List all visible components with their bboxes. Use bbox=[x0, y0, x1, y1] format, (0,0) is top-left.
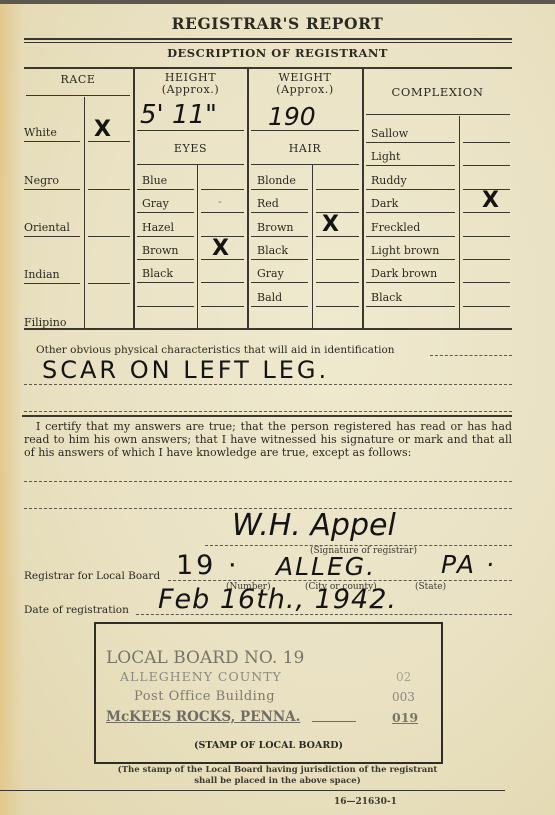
certification-text: I certify that my answers are true; that… bbox=[24, 420, 512, 459]
state-caption: (State) bbox=[415, 582, 446, 592]
local-board-number: 19 · bbox=[176, 550, 240, 581]
section-title: DESCRIPTION OF REGISTRANT bbox=[0, 46, 555, 60]
eyes-option-hazel: Hazel bbox=[142, 221, 174, 234]
exception-line-1 bbox=[24, 481, 512, 482]
complexion-mark-divider bbox=[459, 116, 460, 328]
race-check-mark: X bbox=[94, 120, 111, 140]
local-board-county: ALLEG. bbox=[276, 552, 376, 581]
race-header: RACE bbox=[24, 74, 132, 86]
weight-value: 190 bbox=[268, 102, 316, 131]
stamp-line-1: LOCAL BOARD NO. 19 bbox=[106, 648, 304, 668]
paper-edge-shading bbox=[0, 0, 22, 815]
complexion-mark-cell[interactable] bbox=[463, 259, 510, 260]
hair-header: HAIR bbox=[248, 143, 362, 155]
stamp-line-4: McKEES ROCKS, PENNA. bbox=[106, 709, 300, 725]
col-divider-weight bbox=[362, 68, 364, 328]
height-value-rule bbox=[137, 130, 244, 131]
eyes-label-rule bbox=[137, 236, 194, 237]
eyes-blank-mark-cell bbox=[201, 306, 244, 307]
race-label-rule bbox=[24, 236, 80, 237]
complexion-label-rule bbox=[366, 165, 455, 166]
stamp-caption: (STAMP OF LOCAL BOARD) bbox=[96, 740, 441, 751]
characteristics-line-1 bbox=[24, 384, 512, 385]
eyes-blank-rule bbox=[137, 306, 194, 307]
registrar-signature: W.H. Appel bbox=[232, 508, 396, 543]
complexion-option-ruddy: Ruddy bbox=[371, 174, 407, 187]
report-title: REGISTRAR'S REPORT bbox=[0, 14, 555, 33]
form-number: 16—21630-1 bbox=[334, 797, 397, 807]
hair-mark-cell[interactable] bbox=[316, 306, 359, 307]
race-mark-cell[interactable] bbox=[88, 283, 130, 284]
complexion-option-dark-brown: Dark brown bbox=[371, 267, 437, 280]
eyes-mark-cell[interactable] bbox=[201, 212, 244, 213]
stamp-note-2: shall be placed in the above space) bbox=[0, 776, 555, 786]
race-option-oriental: Oriental bbox=[24, 221, 70, 234]
complexion-option-light: Light bbox=[371, 150, 400, 163]
complexion-option-freckled: Freckled bbox=[371, 221, 420, 234]
eyes-option-brown: Brown bbox=[142, 244, 178, 257]
complexion-header: COMPLEXION bbox=[363, 86, 512, 98]
hair-label-rule bbox=[251, 189, 308, 190]
stamp-blank-rule bbox=[312, 721, 356, 722]
col-divider-height bbox=[247, 68, 249, 328]
complexion-mark-cell[interactable] bbox=[463, 236, 510, 237]
eyes-option-blue: Blue bbox=[142, 174, 167, 187]
stamp-line-2: ALLEGHENY COUNTY bbox=[120, 669, 282, 684]
hair-option-gray: Gray bbox=[257, 267, 284, 280]
complexion-mark-cell[interactable] bbox=[463, 142, 510, 143]
complexion-option-dark: Dark bbox=[371, 197, 398, 210]
complexion-mark-cell[interactable] bbox=[463, 282, 510, 283]
characteristics-leader bbox=[430, 355, 512, 356]
title-rule-thin bbox=[24, 42, 512, 43]
hair-label-rule bbox=[251, 212, 308, 213]
complexion-header-rule bbox=[366, 114, 510, 115]
hair-mark-cell[interactable] bbox=[316, 189, 359, 190]
hair-check-mark: X bbox=[322, 215, 339, 235]
complexion-label-rule bbox=[366, 259, 455, 260]
hair-header-rule bbox=[251, 164, 359, 165]
complexion-label-rule bbox=[366, 306, 455, 307]
complexion-label-rule bbox=[366, 189, 455, 190]
table-bottom-rule bbox=[24, 328, 512, 330]
eyes-header: EYES bbox=[134, 143, 247, 155]
race-option-negro: Negro bbox=[24, 174, 59, 187]
eyes-mark-cell[interactable] bbox=[201, 189, 244, 190]
eyes-gray-mark: - bbox=[218, 195, 222, 208]
eyes-label-rule bbox=[137, 212, 194, 213]
local-board-stamp-box: LOCAL BOARD NO. 19 ALLEGHENY COUNTY Post… bbox=[94, 622, 443, 764]
footer-rule bbox=[0, 790, 505, 791]
complexion-option-sallow: Sallow bbox=[371, 127, 408, 140]
top-border bbox=[0, 0, 555, 4]
complexion-label-rule bbox=[366, 236, 455, 237]
hair-label-rule bbox=[251, 236, 308, 237]
height-value: 5' 11" bbox=[140, 100, 217, 130]
complexion-label-rule bbox=[366, 212, 455, 213]
col-divider-race bbox=[133, 68, 135, 328]
complexion-label-rule bbox=[366, 282, 455, 283]
hair-mark-cell[interactable] bbox=[316, 259, 359, 260]
stamp-code-3: 019 bbox=[392, 710, 418, 725]
hair-option-bald: Bald bbox=[257, 291, 282, 304]
complexion-check-mark: X bbox=[482, 191, 499, 211]
stamp-line-3: Post Office Building bbox=[134, 689, 275, 704]
stamp-code-1: 02 bbox=[396, 670, 411, 684]
title-rule bbox=[24, 38, 512, 40]
hair-label-rule bbox=[251, 259, 308, 260]
hair-label-rule bbox=[251, 306, 308, 307]
eyes-label-rule bbox=[137, 189, 194, 190]
race-option-white: White bbox=[24, 126, 57, 139]
race-mark-cell[interactable] bbox=[88, 189, 130, 190]
characteristics-line-2 bbox=[24, 411, 512, 412]
complexion-mark-cell[interactable] bbox=[463, 165, 510, 166]
registration-date-value: Feb 16th., 1942. bbox=[158, 584, 397, 615]
hair-option-black: Black bbox=[257, 244, 288, 257]
hair-option-brown: Brown bbox=[257, 221, 293, 234]
race-label-rule bbox=[24, 283, 80, 284]
local-board-label: Registrar for Local Board bbox=[24, 570, 160, 582]
eyes-option-gray: Gray bbox=[142, 197, 169, 210]
eyes-check-mark: X bbox=[212, 239, 229, 259]
stamp-code-2: 003 bbox=[392, 690, 415, 704]
eyes-mark-cell[interactable] bbox=[201, 282, 244, 283]
table-top-rule bbox=[24, 67, 512, 69]
section-rule bbox=[22, 415, 512, 417]
hair-option-blonde: Blonde bbox=[257, 174, 296, 187]
eyes-header-rule bbox=[137, 164, 244, 165]
race-label-rule bbox=[24, 189, 80, 190]
race-header-rule bbox=[26, 95, 130, 96]
race-label-rule bbox=[24, 141, 80, 142]
eyes-label-rule bbox=[137, 259, 194, 260]
complexion-option-black: Black bbox=[371, 291, 402, 304]
hair-label-rule bbox=[251, 282, 308, 283]
height-approx: (Approx.) bbox=[134, 84, 247, 96]
weight-value-rule bbox=[251, 130, 359, 131]
registration-date-label: Date of registration bbox=[24, 604, 129, 616]
hair-option-red: Red bbox=[257, 197, 279, 210]
race-mark-cell[interactable] bbox=[88, 236, 130, 237]
hair-mark-cell[interactable] bbox=[316, 282, 359, 283]
race-mark-divider bbox=[84, 97, 85, 328]
eyes-label-rule bbox=[137, 282, 194, 283]
race-option-filipino: Filipino bbox=[24, 316, 66, 329]
stamp-note-1: (The stamp of the Local Board having jur… bbox=[0, 765, 555, 775]
eyes-option-black: Black bbox=[142, 267, 173, 280]
complexion-label-rule bbox=[366, 142, 455, 143]
eyes-mark-divider bbox=[197, 164, 198, 328]
complexion-mark-cell[interactable] bbox=[463, 306, 510, 307]
characteristics-label: Other obvious physical characteristics t… bbox=[36, 344, 395, 356]
local-board-state: PA · bbox=[441, 550, 496, 579]
race-option-indian: Indian bbox=[24, 268, 60, 281]
complexion-option-light-brown: Light brown bbox=[371, 244, 439, 257]
hair-mark-divider bbox=[312, 164, 313, 328]
characteristics-value: SCAR ON LEFT LEG. bbox=[42, 356, 329, 384]
weight-approx: (Approx.) bbox=[248, 84, 362, 96]
